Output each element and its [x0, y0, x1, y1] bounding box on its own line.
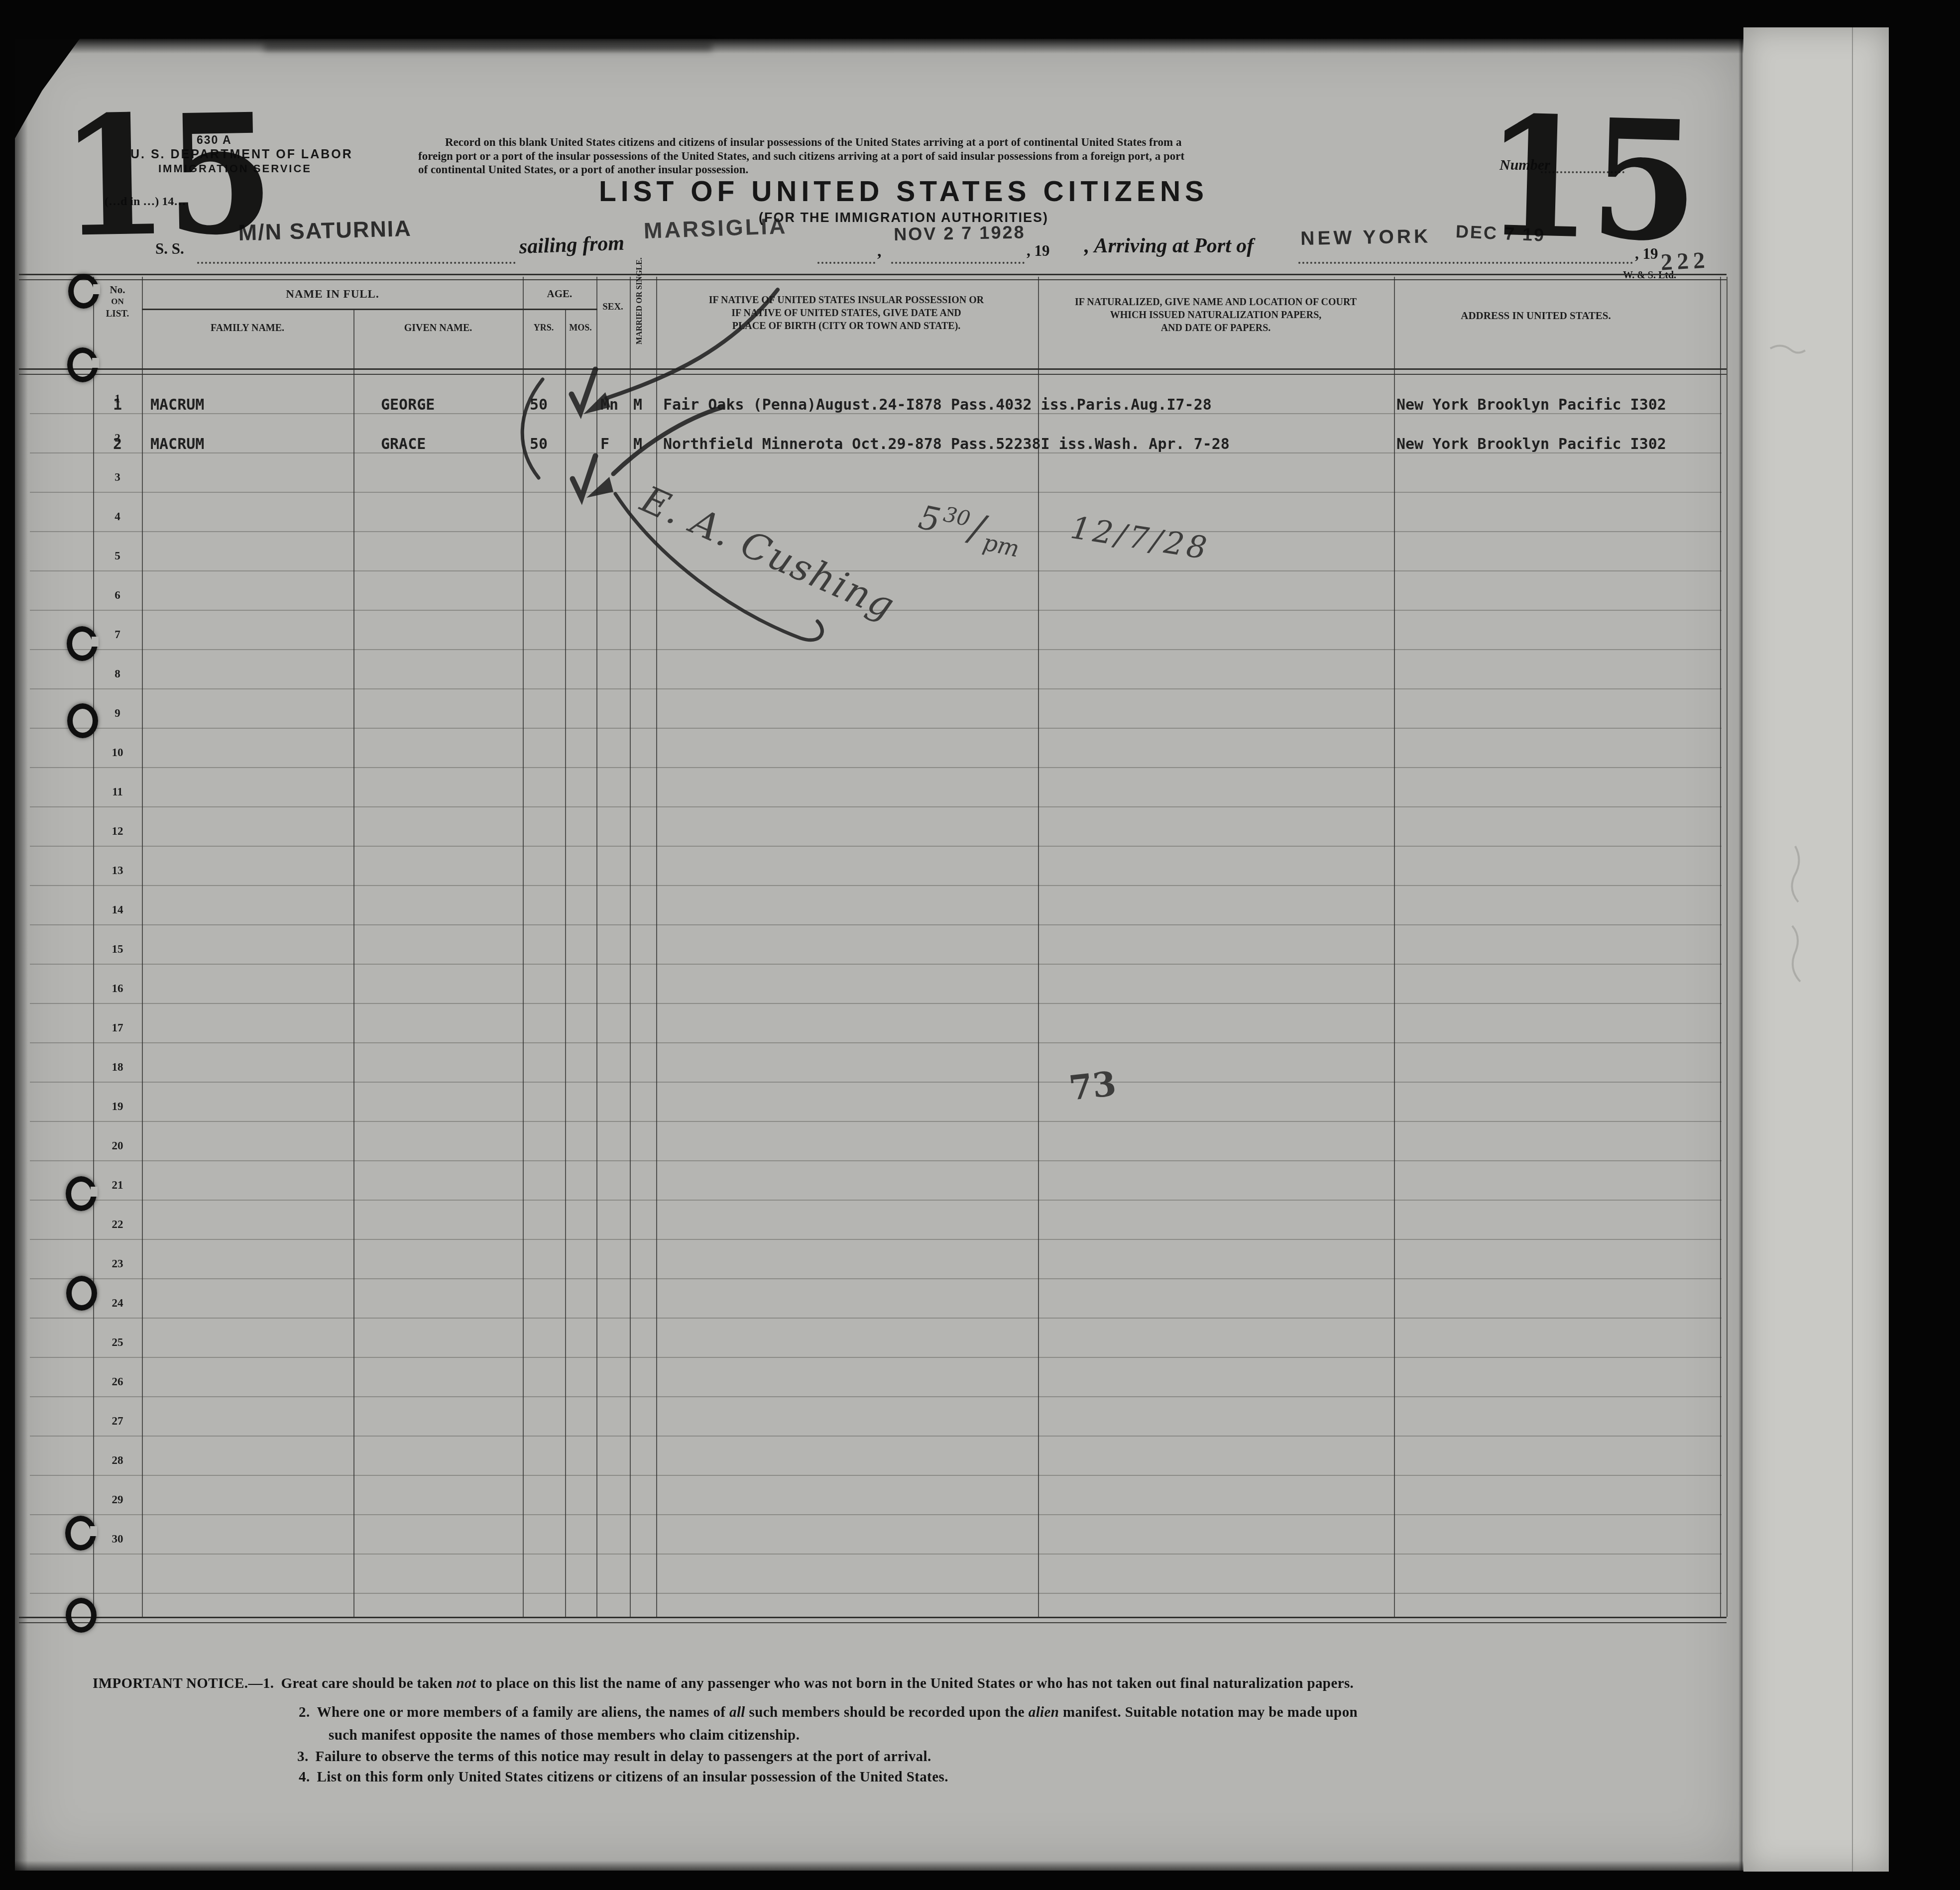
row-number: 7	[93, 628, 142, 641]
column-line-8	[1038, 277, 1039, 1617]
row-rule-3	[30, 531, 1722, 532]
arrival-port-stamp: NEW YORK	[1300, 225, 1431, 250]
row-number: 5	[93, 550, 142, 562]
column-line-5	[596, 277, 597, 1617]
notice-emphasis: not	[457, 1675, 476, 1691]
row-number: 9	[93, 707, 142, 720]
rule-below-header	[19, 368, 1727, 375]
row-number: 30	[93, 1533, 142, 1546]
row-rule-17	[30, 1082, 1722, 1083]
row-rule-18	[30, 1121, 1722, 1122]
col-header-nat-3: AND DATE OF PAPERS.	[1161, 323, 1271, 334]
row-rule-11	[30, 846, 1722, 847]
form-instructions-line2: foreign port or a port of the insular po…	[418, 149, 1419, 163]
notice-item-4: 3.Failure to observe the terms of this n…	[297, 1749, 931, 1765]
col-header-nat-1: IF NATURALIZED, GIVE NAME AND LOCATION O…	[1075, 297, 1357, 308]
column-line-4	[565, 310, 566, 1617]
row-number: 26	[93, 1375, 142, 1388]
col-header-birth-1: IF NATIVE OF UNITED STATES INSULAR POSSE…	[709, 295, 984, 306]
row-number: 28	[93, 1454, 142, 1467]
notice-item-2: 2.Where one or more members of a family …	[299, 1704, 1358, 1721]
cell-yrs: 50	[530, 436, 548, 453]
row-rule-5	[30, 610, 1722, 611]
col-header-nat-2: WHICH ISSUED NATURALIZATION PAPERS,	[1110, 310, 1322, 321]
batch-stamp-right: 15	[1483, 112, 1697, 246]
cell-no: 2	[93, 436, 142, 453]
notice-text: such members should be recorded upon the	[745, 1704, 1029, 1720]
row-number: 3	[93, 471, 142, 484]
column-line-3	[523, 277, 524, 1617]
col-header-name: NAME IN FULL.	[286, 288, 379, 301]
row-number: 22	[93, 1218, 142, 1231]
row-rule-19	[30, 1160, 1722, 1161]
notice-item-1: IMPORTANT NOTICE.—1.Great care should be…	[93, 1675, 1354, 1692]
cell-sex: F	[600, 436, 609, 453]
row-rule-20	[30, 1200, 1722, 1201]
row-rule-25	[30, 1396, 1722, 1397]
sailing-date-stamp: NOV 2 7 1928	[894, 222, 1026, 245]
column-line-2	[353, 310, 354, 1617]
cell-birth: Fair Oaks (Penna)August.24-I878 Pass.403…	[663, 396, 1212, 414]
row-number: 16	[93, 982, 142, 995]
row-number: 12	[93, 825, 142, 838]
row-rule-21	[30, 1239, 1722, 1240]
col-header-no-3: LIST.	[106, 309, 129, 320]
row-rule-7	[30, 688, 1722, 689]
notice-text: List on this form only United States cit…	[317, 1769, 948, 1785]
row-number: 15	[93, 943, 142, 956]
notice-item-number: 3.	[297, 1749, 316, 1765]
row-rule-27	[30, 1475, 1722, 1476]
row-number: 19	[93, 1100, 142, 1113]
row-rule-2	[30, 492, 1722, 493]
binder-hole-2	[67, 626, 98, 661]
row-number: 4	[93, 510, 142, 523]
cell-family: MACRUM	[150, 436, 204, 453]
hole-gap	[93, 284, 100, 294]
notice-label: IMPORTANT NOTICE.—	[93, 1675, 263, 1691]
row-rule-9	[30, 767, 1722, 768]
notice-emphasis: alien	[1029, 1704, 1059, 1720]
column-line-6	[630, 277, 631, 1617]
page-right-edge	[1738, 39, 1742, 1871]
cell-birth: Northfield Minnerota Oct.29-878 Pass.522…	[663, 436, 1230, 453]
row-number: 20	[93, 1139, 142, 1152]
cell-no: 1	[93, 396, 142, 414]
row-number: 27	[93, 1415, 142, 1428]
notice-text: Where one or more members of a family ar…	[317, 1704, 729, 1720]
column-line-7	[656, 277, 657, 1617]
binder-hole-4	[66, 1176, 97, 1211]
hole-gap	[92, 358, 99, 368]
row-number: 18	[93, 1061, 142, 1074]
notice-emphasis: all	[729, 1704, 745, 1720]
row-rule-4	[30, 570, 1722, 571]
departure-port-stamp: MARSIGLIA	[643, 213, 788, 244]
col-header-married: MARRIED OR SINGLE.	[635, 280, 644, 344]
row-rule-13	[30, 924, 1722, 925]
year-blank-1: , 19	[1027, 242, 1050, 260]
col-header-no-1: No.	[110, 284, 125, 296]
row-rule-6	[30, 649, 1722, 650]
cell-married: M	[633, 436, 642, 453]
row-rule-10	[30, 806, 1722, 807]
row-number: 11	[93, 785, 142, 798]
notice-item-3: such manifest opposite the names of thos…	[329, 1727, 800, 1744]
row-number: 10	[93, 746, 142, 759]
cell-given: GRACE	[381, 436, 426, 453]
notice-text: Failure to observe the terms of this not…	[316, 1749, 931, 1765]
cell-address: New York Brooklyn Pacific I302	[1396, 396, 1666, 414]
underlying-sheet-edge	[1852, 27, 1853, 1872]
row-rule-23	[30, 1318, 1722, 1319]
cell-address: New York Brooklyn Pacific I302	[1396, 436, 1666, 453]
hole-gap	[91, 1187, 98, 1197]
notice-text: Great care should be taken	[281, 1675, 456, 1691]
cell-married: M	[633, 396, 642, 414]
row-rule-22	[30, 1278, 1722, 1279]
col-header-given: GIVEN NAME.	[404, 323, 472, 334]
row-number: 6	[93, 589, 142, 602]
row-rule-29	[30, 1554, 1722, 1555]
row-number: 14	[93, 903, 142, 916]
form-instructions-line1: Record on this blank United States citiz…	[424, 135, 1412, 149]
col-header-birth-3: PLACE OF BIRTH (CITY OR TOWN AND STATE).	[732, 321, 961, 332]
binder-hole-5	[66, 1276, 97, 1311]
binder-hole-0	[68, 274, 99, 309]
sailing-from-label: sailing from	[519, 231, 625, 259]
rule-under-name-in-full	[142, 309, 597, 310]
comma-mark: ,	[877, 242, 882, 261]
row-rule-28	[30, 1514, 1722, 1515]
col-header-address: ADDRESS IN UNITED STATES.	[1461, 310, 1611, 322]
binder-hole-3	[67, 703, 98, 738]
col-header-age: AGE.	[547, 288, 573, 300]
rule-table-bottom	[19, 1617, 1727, 1623]
row-rule-8	[30, 728, 1722, 729]
row-number: 24	[93, 1297, 142, 1310]
hole-gap	[92, 637, 99, 647]
row-rule-24	[30, 1357, 1722, 1358]
cell-given: GEORGE	[381, 396, 435, 414]
column-line-9	[1394, 277, 1395, 1617]
notice-text: such manifest opposite the names of thos…	[329, 1727, 800, 1743]
row-number: 23	[93, 1257, 142, 1270]
row-rule-14	[30, 964, 1722, 965]
col-header-mos: MOS.	[569, 323, 592, 333]
notice-text: to place on this list the name of any pa…	[476, 1675, 1354, 1691]
col-header-yrs: YRS.	[534, 323, 554, 333]
notice-item-number: 1.	[263, 1675, 281, 1691]
scan-smudge	[264, 43, 712, 51]
row-rule-26	[30, 1436, 1722, 1437]
row-number: 17	[93, 1021, 142, 1034]
scan-shadow-bottom	[15, 1861, 1743, 1871]
col-header-birth-2: IF NATIVE OF UNITED STATES, GIVE DATE AN…	[731, 308, 961, 319]
form-instructions-line3: of continental United States, or a port …	[418, 163, 748, 176]
batch-stamp-left: 15	[59, 110, 272, 242]
scanned-manifest-photo: 630 A U. S. DEPARTMENT OF LABOR IMMIGRAT…	[0, 0, 1960, 1890]
column-line-10	[1720, 277, 1721, 1617]
page-title: LIST OF UNITED STATES CITIZENS	[599, 175, 1208, 208]
hole-gap	[90, 1526, 97, 1536]
binder-hole-1	[67, 347, 98, 382]
date-blank-line	[891, 244, 1025, 264]
column-line-1	[142, 277, 143, 1617]
notice-item-number: 4.	[299, 1769, 317, 1785]
row-number: 8	[93, 667, 142, 680]
row-number: 21	[93, 1179, 142, 1192]
row-rule-15	[30, 1003, 1722, 1004]
row-number: 25	[93, 1336, 142, 1349]
arriving-label: , Arriving at Port of	[1084, 234, 1254, 258]
underlying-sheet	[1743, 27, 1889, 1872]
row-rule-16	[30, 1042, 1722, 1043]
notice-text: manifest. Suitable notation may be made …	[1059, 1704, 1358, 1720]
cell-sex: Mn	[600, 396, 618, 414]
col-header-sex: SEX.	[602, 302, 623, 313]
departure-blank-line	[817, 244, 875, 264]
notice-item-number: 2.	[299, 1704, 317, 1720]
rule-below-voyage	[19, 274, 1727, 280]
row-number: 13	[93, 864, 142, 877]
scan-shadow-left	[15, 39, 28, 1871]
binder-hole-7	[66, 1598, 97, 1633]
cell-yrs: 50	[530, 396, 548, 414]
col-header-no-2: ON	[111, 297, 124, 307]
binder-hole-6	[65, 1516, 96, 1551]
row-rule-30	[30, 1593, 1722, 1594]
column-line-11	[1727, 277, 1728, 1617]
col-header-family: FAMILY NAME.	[211, 323, 284, 334]
row-number: 29	[93, 1493, 142, 1506]
row-rule-12	[30, 885, 1722, 886]
notice-item-5: 4.List on this form only United States c…	[299, 1769, 948, 1785]
cell-family: MACRUM	[150, 396, 204, 414]
